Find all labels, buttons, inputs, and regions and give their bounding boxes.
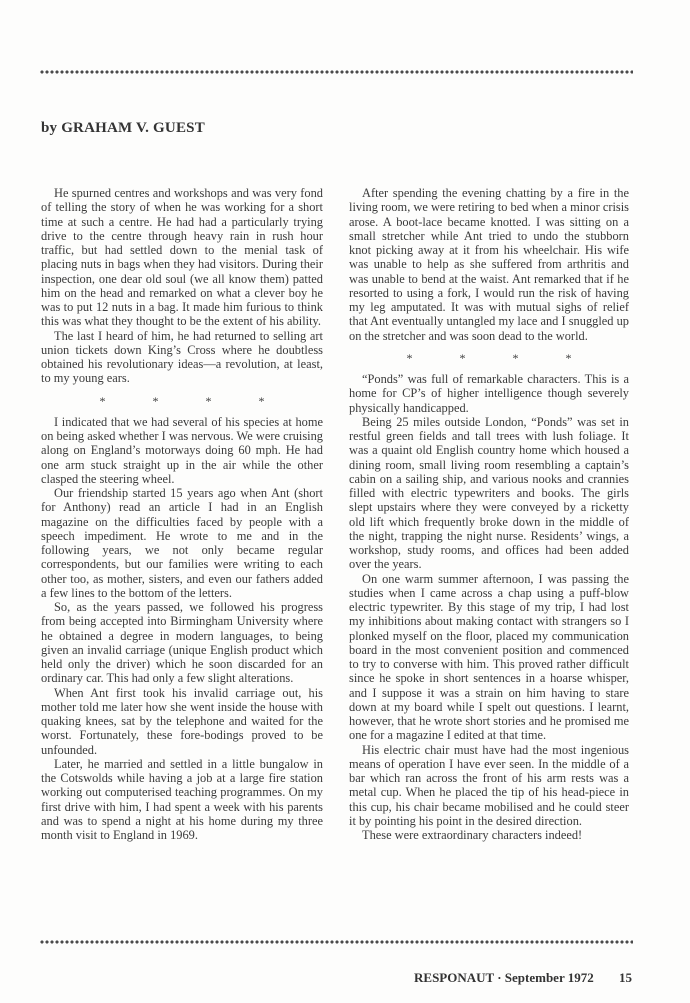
right-column: After spending the evening chatting by a… — [349, 186, 629, 842]
paragraph: So, as the years passed, we followed his… — [41, 600, 323, 686]
paragraph: I indicated that we had several of his s… — [41, 415, 323, 486]
section-separator: * * * * — [41, 394, 323, 408]
page-number: 15 — [619, 970, 632, 985]
paragraph: On one warm summer afternoon, I was pass… — [349, 572, 629, 743]
paragraph: Our friendship started 15 years ago when… — [41, 486, 323, 600]
paragraph: The last I heard of him, he had returned… — [41, 329, 323, 386]
left-column: He spurned centres and workshops and was… — [41, 186, 323, 842]
paragraph: Being 25 miles outside London, “Ponds” w… — [349, 415, 629, 572]
paragraph: These were extraordinary characters inde… — [349, 828, 629, 842]
bottom-decorative-border — [40, 940, 633, 944]
paragraph: When Ant first took his invalid carriage… — [41, 686, 323, 757]
paragraph: His electric chair must have had the mos… — [349, 743, 629, 829]
paragraph: He spurned centres and workshops and was… — [41, 186, 323, 329]
author-byline: by GRAHAM V. GUEST — [41, 120, 205, 137]
top-decorative-border — [40, 70, 633, 74]
publication-info: RESPONAUT · September 1972 — [414, 970, 594, 985]
page-footer: RESPONAUT · September 1972 15 — [414, 970, 632, 986]
paragraph: After spending the evening chatting by a… — [349, 186, 629, 343]
section-separator: * * * * — [349, 351, 629, 365]
paragraph: “Ponds” was full of remarkable character… — [349, 372, 629, 415]
paragraph: Later, he married and settled in a littl… — [41, 757, 323, 843]
